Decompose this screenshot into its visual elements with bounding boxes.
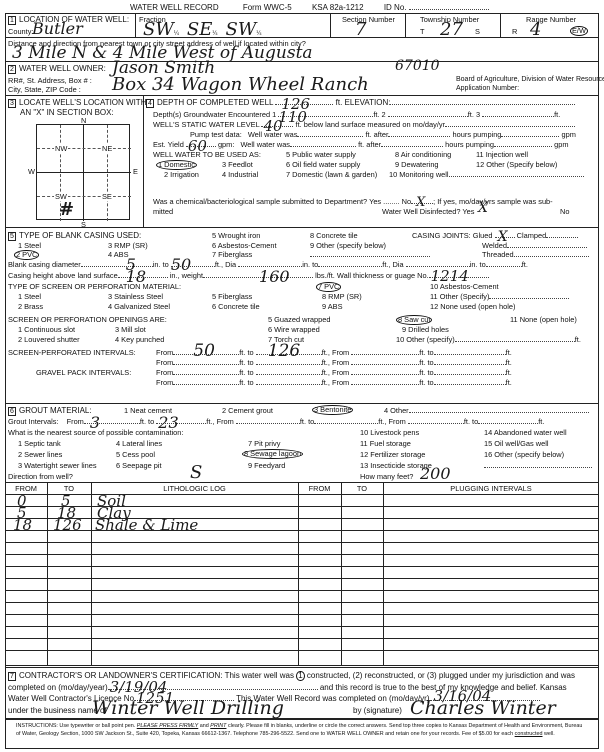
screen-5[interactable]: 5 Fiberglass: [212, 292, 252, 301]
perf-label: SCREEN-PERFORATED INTERVALS:: [8, 348, 136, 357]
direction-label: Direction from well?: [8, 472, 73, 481]
weight-field[interactable]: 160: [259, 267, 290, 286]
casing-7[interactable]: 7 Fiberglass: [212, 250, 252, 259]
grout-2[interactable]: 2 Cement grout: [222, 406, 273, 415]
screen-3[interactable]: 3 Stainless Steel: [108, 292, 163, 301]
direction-field[interactable]: S: [190, 462, 202, 483]
id-label: ID No.: [384, 3, 407, 12]
screen-4[interactable]: 4 Galvanized Steel: [108, 302, 170, 311]
screen-1[interactable]: 1 Steel: [18, 292, 41, 301]
casing-9[interactable]: 9 Other (specify below): [310, 241, 386, 250]
section2-title: 2WATER WELL OWNER:: [8, 64, 106, 74]
use-option-12[interactable]: 12 Other (Specify below): [476, 160, 557, 169]
sample-row: Was a chemical/bacteriological sample su…: [153, 197, 553, 206]
range-field[interactable]: 4: [530, 19, 541, 40]
gravel-label: GRAVEL PACK INTERVALS:: [36, 368, 131, 377]
contam-10[interactable]: 10 Livestock pens: [360, 428, 419, 437]
openings-label: SCREEN OR PERFORATION OPENINGS ARE:: [8, 315, 167, 324]
form-number: Form WWC-5: [243, 3, 292, 12]
use-option-9[interactable]: 9 Dewatering: [395, 160, 439, 169]
opening-10[interactable]: 10 Other (specify)ft.: [396, 335, 581, 344]
use-option-3[interactable]: 3 Feedlot: [222, 160, 253, 169]
well-location-mark: #: [59, 199, 74, 220]
screen-10[interactable]: 10 Asbestos-Cement: [430, 282, 499, 291]
groundwater-3-field[interactable]: [482, 116, 554, 117]
section3-subtitle: AN "X" IN SECTION BOX:: [20, 108, 114, 117]
form-title: WATER WELL RECORD: [130, 3, 219, 12]
groundwater-row: Depth(s) Groundwater Encountered 1 110ft…: [153, 110, 560, 119]
screen-11[interactable]: 11 Other (Specify): [430, 292, 569, 301]
joints-threaded[interactable]: Threaded: [482, 250, 589, 259]
pump-test-row: Pump test data: Well water was ft. after…: [190, 130, 576, 139]
section-box[interactable]: NW NE SW SE #: [36, 124, 130, 220]
screen-8[interactable]: 8 RMP (SR): [322, 292, 362, 301]
use-option-4[interactable]: 4 Industrial: [222, 170, 258, 179]
city-label: City, State, ZIP Code :: [8, 85, 81, 94]
contam-5[interactable]: 5 Cess pool: [116, 450, 155, 459]
screen-2[interactable]: 2 Brass: [18, 302, 43, 311]
contam-9[interactable]: 9 Feedyard: [248, 461, 285, 470]
perf-row-1: From50ft. to 126ft., From ft. toft.: [156, 348, 512, 357]
form-header: WATER WELL RECORD Form WWC-5 KSA 82a-121…: [130, 3, 489, 12]
section-number-label: Section Number: [342, 15, 395, 24]
section6-title: 6GROUT MATERIAL:: [8, 406, 92, 416]
zip-field[interactable]: 67010: [395, 58, 440, 74]
constructed-option[interactable]: 1: [296, 671, 304, 681]
fraction-field[interactable]: SW¼ SE¼ SW¼: [143, 19, 261, 40]
grout-3[interactable]: 3 Bentonite: [312, 405, 353, 415]
disinfected-yes-mark[interactable]: X: [478, 200, 488, 216]
gravel-row-2: Fromft. to ft., From ft. toft.: [156, 378, 512, 387]
contam-3[interactable]: 3 Watertight sewer lines: [18, 461, 97, 470]
disinfected-no[interactable]: No: [560, 207, 569, 216]
use-option-7[interactable]: 7 Domestic (lawn & garden): [286, 170, 377, 179]
board-label: Board of Agriculture, Division of Water …: [456, 76, 604, 83]
address-label: RR#, St. Address, Box # :: [8, 76, 92, 85]
use-option-2[interactable]: 2 Irrigation: [164, 170, 199, 179]
grout-intervals-row: Grout Intervals: From3ft. to 23ft., From…: [8, 417, 544, 426]
compass-e: E: [133, 167, 138, 176]
casing-3[interactable]: 3 RMP (SR): [108, 241, 148, 250]
log-description: Shale & Lime: [95, 516, 198, 534]
plug-header-from: FROM: [298, 484, 341, 493]
use-option-6[interactable]: 6 Oil field water supply: [286, 160, 360, 169]
contam-14[interactable]: 14 Abandoned water well: [484, 428, 567, 437]
perf-row-2: Fromft. to ft., From ft. toft.: [156, 358, 512, 367]
ksa-ref: KSA 82a-1212: [312, 3, 364, 12]
contam-16[interactable]: 16 Other (specify below): [484, 450, 564, 459]
opening-11[interactable]: 11 None (open hole): [510, 315, 577, 324]
use-option-10[interactable]: 10 Monitoring well: [389, 170, 584, 179]
grout-4[interactable]: 4 Other: [384, 406, 589, 415]
static-date-field[interactable]: [445, 126, 575, 127]
groundwater-2-field[interactable]: [388, 116, 468, 117]
contam-15[interactable]: 15 Oil well/Gas well: [484, 439, 548, 448]
mitted-label: mitted: [153, 207, 173, 216]
township-field[interactable]: 27: [440, 19, 463, 40]
contam-6[interactable]: 6 Seepage pit: [116, 461, 162, 470]
contam-other-field[interactable]: [484, 467, 592, 468]
static-level-row: WELL'S STATIC WATER LEVEL 40 ft. below l…: [153, 120, 575, 129]
id-field[interactable]: [409, 9, 489, 10]
opening-3[interactable]: 3 Mill slot: [115, 325, 146, 334]
casing-1[interactable]: 1 Steel: [18, 241, 41, 250]
log-from: 18: [13, 516, 32, 534]
quadrant-ne: NE: [101, 144, 113, 153]
plug-header-intervals: PLUGGING INTERVALS: [383, 484, 599, 493]
quadrant-nw: NW: [54, 144, 68, 153]
use-option-1[interactable]: 1 Domestic: [156, 160, 197, 170]
opening-8[interactable]: 8 Saw cut: [396, 315, 432, 325]
feet-field[interactable]: 200: [420, 464, 451, 483]
section5-title: 5TYPE OF BLANK CASING USED:: [8, 231, 141, 241]
log-to: 126: [53, 516, 82, 534]
use-option-11[interactable]: 11 Injection well: [476, 150, 528, 159]
use-label: WELL WATER TO BE USED AS:: [153, 150, 261, 159]
yield-row: Est. Yield 60 gpm: Well water was ft. af…: [153, 140, 569, 149]
casing-8[interactable]: 8 Concrete tile: [310, 231, 358, 240]
opening-1[interactable]: 1 Continuous slot: [18, 325, 75, 334]
range-direction[interactable]: E/W: [570, 26, 588, 36]
compass-w: W: [28, 167, 35, 176]
opening-2[interactable]: 2 Louvered shutter: [18, 335, 80, 344]
business-name-field[interactable]: Winter Well Drilling: [92, 697, 284, 719]
compass-n: N: [81, 116, 86, 125]
elevation-field[interactable]: [390, 104, 575, 105]
county-label: County:: [8, 27, 33, 36]
gravel-row-1: Fromft. to ft., From ft. toft.: [156, 368, 512, 377]
casing-5[interactable]: 5 Wrought iron: [212, 231, 260, 240]
screen-12[interactable]: 12 None used (open hole): [430, 302, 515, 311]
signature-label: by (signature): [353, 706, 402, 715]
casing-2[interactable]: 2 PVC: [14, 250, 39, 260]
feet-label: How many feet?: [360, 472, 413, 481]
section-number-field[interactable]: 7: [355, 19, 366, 40]
opening-5[interactable]: 5 Guazed wrapped: [268, 315, 330, 324]
joints-welded[interactable]: Welded: [482, 241, 587, 250]
certification-row-1: 7CONTRACTOR'S OR LANDOWNER'S CERTIFICATI…: [8, 671, 575, 681]
section3-title: 3LOCATE WELL'S LOCATION WITH: [8, 98, 146, 108]
screen-6[interactable]: 6 Concrete tile: [212, 302, 260, 311]
use-option-5[interactable]: 5 Public water supply: [286, 150, 356, 159]
height-row: Casing height above land surface18 in., …: [8, 271, 489, 280]
log-table: FROM TO LITHOLOGIC LOG FROM TO PLUGGING …: [5, 482, 599, 666]
screen-9[interactable]: 9 ABS: [322, 302, 343, 311]
contam-12[interactable]: 12 Fertilizer storage: [360, 450, 425, 459]
address-field[interactable]: Box 34 Wagon Wheel Ranch: [112, 74, 369, 95]
contam-11[interactable]: 11 Fuel storage: [360, 439, 411, 448]
disinfected-label: Water Well Disinfected? Yes: [382, 207, 474, 216]
application-label: Application Number:: [456, 85, 519, 92]
contam-8[interactable]: 8 Sewage lagoon: [242, 449, 303, 459]
screen-material-label: TYPE OF SCREEN OR PERFORATION MATERIAL:: [8, 282, 181, 291]
instructions-box: INSTRUCTIONS: Use typewriter or ball poi…: [5, 719, 599, 749]
joints-row: CASING JOINTS: Glued X Clamped: [412, 231, 578, 240]
quadrant-se: SE: [101, 192, 113, 201]
casing-6[interactable]: 6 Asbestos-Cement: [212, 241, 277, 250]
contamination-label: What is the nearest source of possible c…: [8, 428, 183, 437]
opening-9[interactable]: 9 Drilled holes: [402, 325, 449, 334]
opening-6[interactable]: 6 Wire wrapped: [268, 325, 320, 334]
plug-header-to: TO: [341, 484, 383, 493]
use-option-8[interactable]: 8 Air conditioning: [395, 150, 451, 159]
contam-1[interactable]: 1 Septic tank: [18, 439, 61, 448]
contam-4[interactable]: 4 Lateral lines: [116, 439, 162, 448]
section4-title: 4DEPTH OF COMPLETED WELL 126 ft. ELEVATI…: [146, 98, 575, 108]
signature-field[interactable]: Charles Winter: [410, 697, 556, 719]
contam-7[interactable]: 7 Pit privy: [248, 439, 280, 448]
opening-4[interactable]: 4 Key punched: [115, 335, 164, 344]
screen-7[interactable]: 7 PVC: [316, 282, 341, 292]
contam-2[interactable]: 2 Sewer lines: [18, 450, 62, 459]
casing-other-field[interactable]: [310, 256, 430, 257]
county-field[interactable]: Butler: [32, 19, 83, 38]
